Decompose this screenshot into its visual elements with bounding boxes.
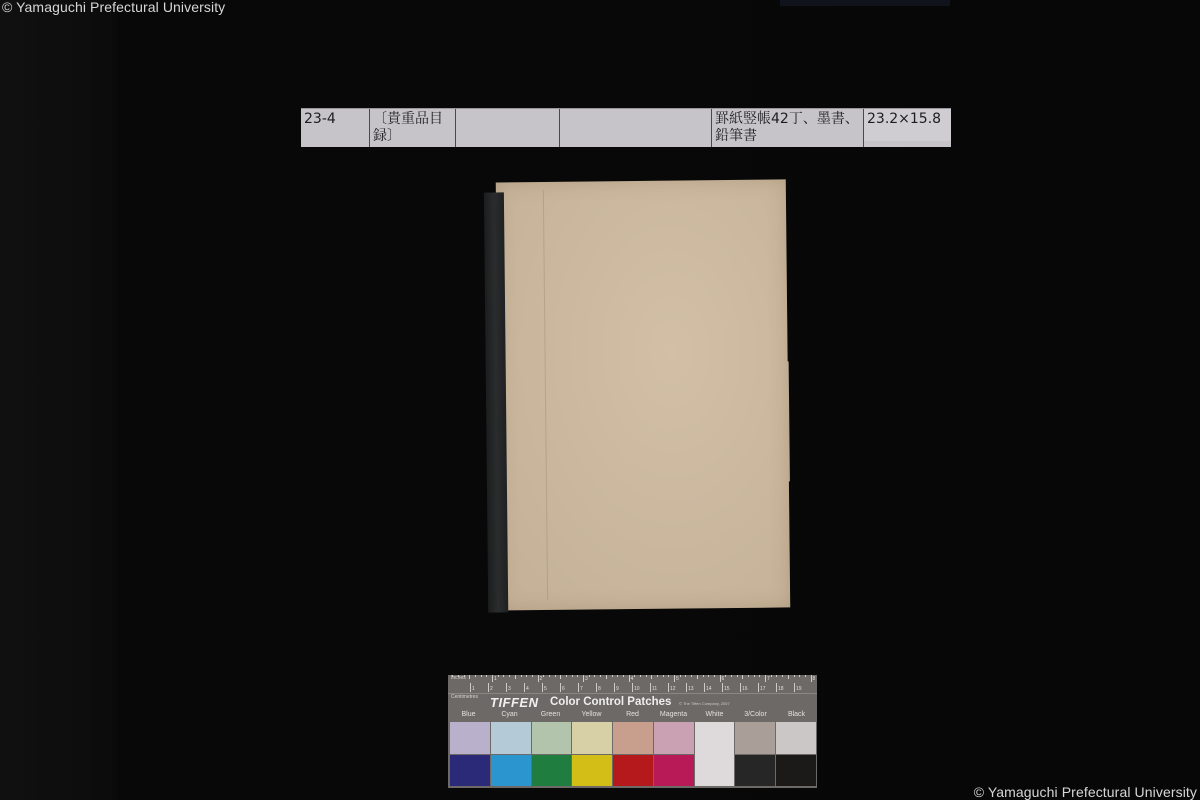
cm-tick: 17 [758, 683, 759, 692]
inch-minor-tick [498, 675, 499, 677]
inch-minor-tick [521, 675, 522, 677]
inch-minor-tick [469, 675, 470, 679]
label-dimensions: 23.2×15.8 [864, 109, 951, 141]
cm-tick: 11 [650, 683, 651, 692]
inch-minor-tick [771, 675, 772, 677]
patch-label: Green [530, 711, 571, 721]
cm-tick: 15 [722, 683, 723, 692]
inch-minor-tick [458, 675, 459, 677]
patch-column [613, 722, 653, 786]
inch-minor-tick [481, 675, 482, 677]
patch-column [450, 722, 490, 786]
inch-tick: 6 [720, 675, 721, 682]
cm-tick: 12 [668, 683, 669, 692]
archival-notebook [484, 179, 790, 612]
inch-tick: 5 [674, 675, 675, 682]
patch-saturated [776, 755, 816, 787]
inch-minor-tick [737, 675, 738, 677]
patch-label: Magenta [653, 711, 694, 721]
copyright-watermark-top: © Yamaguchi Prefectural University [2, 0, 225, 15]
cm-tick: 5 [542, 683, 543, 692]
tiffen-logo: TIFFEN [490, 695, 539, 710]
inch-minor-tick [651, 675, 652, 679]
patch-label: Blue [448, 711, 489, 721]
patch-tint [776, 722, 816, 754]
patch-saturated [654, 755, 694, 787]
patch-saturated [450, 755, 490, 787]
inch-minor-tick [594, 675, 595, 677]
inch-minor-tick [475, 675, 476, 677]
label-item-number: 23-4 [301, 109, 370, 147]
patch-label: Cyan [489, 711, 530, 721]
inch-minor-tick [788, 675, 789, 679]
inch-minor-tick [555, 675, 556, 677]
inch-minor-tick [742, 675, 743, 679]
inch-minor-tick [606, 675, 607, 679]
inch-minor-tick [805, 675, 806, 677]
inch-minor-tick [503, 675, 504, 677]
inch-minor-tick [725, 675, 726, 677]
inch-minor-tick [486, 675, 487, 677]
cm-ticks: 12345678910111213141516171819 [448, 683, 817, 693]
inch-minor-tick [680, 675, 681, 677]
inch-minor-tick [543, 675, 544, 677]
cm-tick: 3 [506, 683, 507, 692]
cm-tick: 2 [488, 683, 489, 692]
inch-minor-tick [640, 675, 641, 677]
patch-column [572, 722, 612, 786]
cm-tick: 6 [560, 683, 561, 692]
inch-minor-tick [691, 675, 692, 677]
cm-tick: 4 [524, 683, 525, 692]
inch-minor-tick [452, 675, 453, 677]
patch-label: White [694, 711, 735, 721]
inch-minor-tick [566, 675, 567, 677]
inch-minor-tick [560, 675, 561, 679]
label-format-description: 罫紙竪帳42丁、墨書、鉛筆書 [712, 109, 864, 147]
patch-saturated [491, 755, 531, 787]
patch-column [532, 722, 572, 786]
patch-tint [572, 722, 612, 754]
inch-minor-tick [617, 675, 618, 677]
inch-minor-tick [759, 675, 760, 677]
patch-saturated [572, 755, 612, 787]
inch-minor-tick [668, 675, 669, 677]
patch-tint [654, 722, 694, 754]
inch-tick: 4 [629, 675, 630, 682]
patch-column [776, 722, 816, 786]
patch-label: Yellow [571, 711, 612, 721]
inch-minor-tick [577, 675, 578, 677]
inch-minor-tick [748, 675, 749, 677]
inch-ticks: 12345678 [448, 675, 817, 682]
inch-tick: 8 [811, 675, 812, 682]
inch-minor-tick [714, 675, 715, 677]
color-patches [450, 722, 816, 786]
notebook-cover [496, 179, 790, 610]
tiffen-color-chart: Inches 12345678 123456789101112131415161… [448, 675, 817, 788]
inch-minor-tick [657, 675, 658, 677]
inch-tick: 3 [583, 675, 584, 682]
inch-minor-tick [612, 675, 613, 677]
inch-minor-tick [600, 675, 601, 677]
inch-minor-tick [464, 675, 465, 677]
patch-tint [695, 722, 735, 786]
label-empty-cell-2 [560, 109, 712, 147]
inch-minor-tick [685, 675, 686, 677]
label-empty-cell-1 [456, 109, 560, 147]
patch-column [491, 722, 531, 786]
inch-minor-tick [526, 675, 527, 677]
patch-label: 3/Color [735, 711, 776, 721]
cm-tick: 10 [632, 683, 633, 692]
inch-minor-tick [515, 675, 516, 679]
chart-copyright: © The Tiffen Company, 2007 [679, 701, 730, 706]
inch-minor-tick [549, 675, 550, 677]
cm-tick: 7 [578, 683, 579, 692]
patch-saturated [532, 755, 572, 787]
patch-column [695, 722, 735, 786]
cm-tick: 13 [686, 683, 687, 692]
inch-minor-tick [799, 675, 800, 677]
cm-tick: 14 [704, 683, 705, 692]
inch-minor-tick [703, 675, 704, 677]
inch-minor-tick [708, 675, 709, 677]
inch-minor-tick [782, 675, 783, 677]
patch-label: Black [776, 711, 817, 721]
patch-tint [532, 722, 572, 754]
chart-brand-row: TIFFEN Color Control Patches © The Tiffe… [448, 695, 817, 710]
patch-labels: BlueCyanGreenYellowRedMagentaWhite3/Colo… [448, 711, 817, 721]
inch-minor-tick [572, 675, 573, 677]
inch-minor-tick [794, 675, 795, 677]
cm-tick: 19 [794, 683, 795, 692]
inch-minor-tick [663, 675, 664, 677]
inch-tick: 7 [765, 675, 766, 682]
inch-minor-tick [754, 675, 755, 677]
cover-fold-line [543, 190, 548, 600]
cm-tick: 9 [614, 683, 615, 692]
inch-minor-tick [646, 675, 647, 677]
patch-column [735, 722, 775, 786]
patch-column [654, 722, 694, 786]
label-title: 〔貴重品目録〕 [370, 109, 456, 147]
inch-minor-tick [776, 675, 777, 677]
inch-minor-tick [634, 675, 635, 677]
inch-minor-tick [509, 675, 510, 677]
patch-label: Red [612, 711, 653, 721]
catalog-label-strip: 23-4 〔貴重品目録〕 罫紙竪帳42丁、墨書、鉛筆書 23.2×15.8 [301, 108, 951, 147]
inch-minor-tick [623, 675, 624, 677]
patch-tint [491, 722, 531, 754]
patch-tint [450, 722, 490, 754]
patch-tint [735, 722, 775, 754]
patch-saturated [735, 755, 775, 787]
inch-tick: 2 [538, 675, 539, 682]
cm-tick: 8 [596, 683, 597, 692]
inch-minor-tick [697, 675, 698, 679]
cm-tick: 16 [740, 683, 741, 692]
cm-tick: 18 [776, 683, 777, 692]
patch-saturated [613, 755, 653, 787]
inch-minor-tick [532, 675, 533, 677]
measurement-ruler: Inches 12345678 123456789101112131415161… [448, 675, 817, 694]
patch-tint [613, 722, 653, 754]
backdrop-edge [780, 0, 950, 6]
inch-minor-tick [731, 675, 732, 677]
inch-tick: 1 [492, 675, 493, 682]
chart-title: Color Control Patches [550, 696, 671, 708]
inch-minor-tick [589, 675, 590, 677]
cm-tick: 1 [470, 683, 471, 692]
copyright-watermark-bottom: © Yamaguchi Prefectural University [974, 784, 1197, 800]
